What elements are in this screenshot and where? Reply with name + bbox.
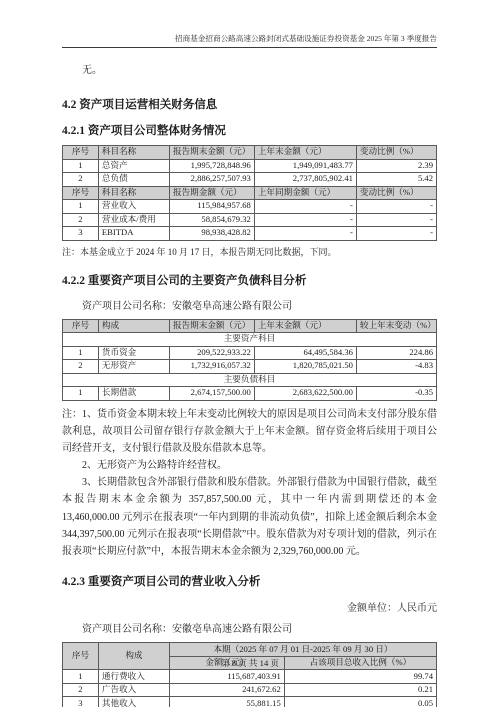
document-header-title: 招商基金招商公路高速公路封闭式基础设施证券投资基金 2025 年第 3 季度报告 xyxy=(62,33,437,48)
section-4-2-2-notes: 注：1、货币资金本期末较上年末变动比例较大的原因是项目公司尚未支付部分股东借款利… xyxy=(62,406,437,561)
table-cell: 无形资产 xyxy=(98,360,169,374)
table-row: 3 其他收入 55,881.15 0.05 xyxy=(63,697,437,707)
table-header-row: 序号 科目名称 报告期末金额（元） 上年末金额（元） 变动比例（%） xyxy=(63,146,437,160)
table-cell: 1 xyxy=(63,670,99,684)
table-cell: 通行费收入 xyxy=(98,670,169,684)
table-cell: 2 xyxy=(63,360,99,374)
table-header-row: 序号 构成 本期（2025 年 07 月 01 日-2025 年 09 月 30… xyxy=(63,643,437,657)
column-header: 科目名称 xyxy=(98,146,169,160)
section-label-cell: 主要负债科目 xyxy=(63,373,437,387)
table-section-row: 主要资产科目 xyxy=(63,333,437,347)
table-row: 1 营业收入 115,984,957.68 - - xyxy=(63,200,437,214)
table-cell: 总负债 xyxy=(98,173,169,187)
table-cell: - xyxy=(254,227,356,241)
column-header: 上年同期金额（元） xyxy=(254,186,356,200)
table-cell: 98,938,428.82 xyxy=(169,227,254,241)
company-name-line: 资产项目公司名称：安徽亳阜高速公路有限公司 xyxy=(62,620,437,635)
table-cell: 货币资金 xyxy=(98,346,169,360)
section-4-2-3-title: 4.2.3 重要资产项目公司的营业收入分析 xyxy=(62,573,437,589)
table-row: 1 货币资金 209,522,933.22 64,495,584.36 224.… xyxy=(63,346,437,360)
table-cell: 99.74 xyxy=(284,670,436,684)
table-cell: 2 xyxy=(63,683,99,697)
column-header: 变动比例（%） xyxy=(356,186,436,200)
column-header: 科目名称 xyxy=(98,186,169,200)
table-row: 1 总资产 1,995,728,848.96 1,949,091,483.77 … xyxy=(63,159,437,173)
table-cell: 2 xyxy=(63,213,99,227)
table-cell: 0.21 xyxy=(284,683,436,697)
table-footnote: 注：本基金成立于 2024 年 10 月 17 日，本报告期无同比数据，下同。 xyxy=(62,245,437,258)
table-cell: - xyxy=(356,213,436,227)
table-cell: -0.35 xyxy=(356,387,436,401)
table-cell: EBITDA xyxy=(98,227,169,241)
table-row: 2 广告收入 241,672.62 0.21 xyxy=(63,683,437,697)
table-cell: 其他收入 xyxy=(98,697,169,707)
column-header: 序号 xyxy=(63,146,99,160)
table-row: 2 营业成本/费用 58,854,679.32 - - xyxy=(63,213,437,227)
note-paragraph: 3、长期借款包含外部银行借款和股东借款。外部银行借款为中国银行借款，截至本报告期… xyxy=(62,474,437,560)
page-number-footer: 第 8 页 共 14 页 xyxy=(0,657,500,669)
section-4-2-2-title: 4.2.2 重要资产项目公司的主要资产负债科目分析 xyxy=(62,272,437,288)
table-cell: 长期借款 xyxy=(98,387,169,401)
table-cell: 2,683,622,500.00 xyxy=(254,387,356,401)
table-cell: -4.83 xyxy=(356,360,436,374)
column-header: 上年末金额（元） xyxy=(254,146,356,160)
column-header: 报告期末金额（元） xyxy=(169,146,254,160)
table-header-row: 序号 科目名称 报告期金额（元） 上年同期金额（元） 变动比例（%） xyxy=(63,186,437,200)
table-cell: 209,522,933.22 xyxy=(169,346,254,360)
table-cell: 2.39 xyxy=(356,159,436,173)
table-row: 2 无形资产 1,732,916,057.32 1,820,785,021.50… xyxy=(63,360,437,374)
table-section-row: 主要负债科目 xyxy=(63,373,437,387)
table-cell: 64,495,584.36 xyxy=(254,346,356,360)
section-label-cell: 主要资产科目 xyxy=(63,333,437,347)
table-cell: 115,984,957.68 xyxy=(169,200,254,214)
table-cell: 1,949,091,483.77 xyxy=(254,159,356,173)
company-name-line: 资产项目公司名称：安徽亳阜高速公路有限公司 xyxy=(62,297,437,312)
table-header-row: 序号 构成 报告期末金额（元） 上年末金额（元） 较上年末变动（%） xyxy=(63,319,437,333)
balance-sheet-items-table: 序号 构成 报告期末金额（元） 上年末金额（元） 较上年末变动（%） 主要资产科… xyxy=(62,319,437,401)
column-header: 较上年末变动（%） xyxy=(356,319,436,333)
currency-unit-line: 金额单位：人民币元 xyxy=(62,599,437,614)
table-cell: 2 xyxy=(63,173,99,187)
none-paragraph: 无。 xyxy=(62,61,437,76)
table-row: 3 EBITDA 98,938,428.82 - - xyxy=(63,227,437,241)
table-cell: 58,854,679.32 xyxy=(169,213,254,227)
table-cell: 1,820,785,021.50 xyxy=(254,360,356,374)
period-column-header: 本期（2025 年 07 月 01 日-2025 年 09 月 30 日） xyxy=(169,643,436,657)
table-cell: 1 xyxy=(63,387,99,401)
table-cell: 0.05 xyxy=(284,697,436,707)
page-content: 招商基金招商公路高速公路封闭式基础设施证券投资基金 2025 年第 3 季度报告… xyxy=(0,0,500,707)
note-paragraph: 注：1、货币资金本期末较上年末变动比例较大的原因是项目公司尚未支付部分股东借款利… xyxy=(62,406,437,458)
table-cell: 2,674,157,500.00 xyxy=(169,387,254,401)
table-cell: 1,995,728,848.96 xyxy=(169,159,254,173)
table-cell: 总资产 xyxy=(98,159,169,173)
table-cell: 1,732,916,057.32 xyxy=(169,360,254,374)
section-4-2-1-title: 4.2.1 资产项目公司整体财务情况 xyxy=(62,122,437,138)
table-row: 2 总负债 2,886,257,507.93 2,737,805,902.41 … xyxy=(63,173,437,187)
table-cell: 3 xyxy=(63,227,99,241)
column-header: 报告期末金额（元） xyxy=(169,319,254,333)
revenue-analysis-table: 序号 构成 本期（2025 年 07 月 01 日-2025 年 09 月 30… xyxy=(62,642,437,707)
table-cell: 241,672.62 xyxy=(169,683,284,697)
column-header: 变动比例（%） xyxy=(356,146,436,160)
column-header: 序号 xyxy=(63,186,99,200)
column-header: 序号 xyxy=(63,319,99,333)
table-row: 1 长期借款 2,674,157,500.00 2,683,622,500.00… xyxy=(63,387,437,401)
table-row: 1 通行费收入 115,687,403.91 99.74 xyxy=(63,670,437,684)
table-cell: 55,881.15 xyxy=(169,697,284,707)
table-cell: 1 xyxy=(63,346,99,360)
table-cell: - xyxy=(254,213,356,227)
table-cell: - xyxy=(356,200,436,214)
table-cell: 1 xyxy=(63,159,99,173)
table-cell: - xyxy=(254,200,356,214)
column-header: 上年末金额（元） xyxy=(254,319,356,333)
overall-financials-table: 序号 科目名称 报告期末金额（元） 上年末金额（元） 变动比例（%） 1 总资产… xyxy=(62,145,437,241)
report-page: 招商基金招商公路高速公路封闭式基础设施证券投资基金 2025 年第 3 季度报告… xyxy=(0,0,500,707)
table-cell: 115,687,403.91 xyxy=(169,670,284,684)
table-cell: 广告收入 xyxy=(98,683,169,697)
table-cell: 224.86 xyxy=(356,346,436,360)
table-cell: 5.42 xyxy=(356,173,436,187)
table-cell: 2,886,257,507.93 xyxy=(169,173,254,187)
table-cell: 1 xyxy=(63,200,99,214)
column-header: 报告期金额（元） xyxy=(169,186,254,200)
table-cell: 2,737,805,902.41 xyxy=(254,173,356,187)
note-paragraph: 2、无形资产为公路特许经营权。 xyxy=(62,457,437,474)
table-cell: 营业收入 xyxy=(98,200,169,214)
table-cell: 营业成本/费用 xyxy=(98,213,169,227)
section-4-2-title: 4.2 资产项目运营相关财务信息 xyxy=(62,96,437,112)
table-cell: 3 xyxy=(63,697,99,707)
table-cell: - xyxy=(356,227,436,241)
column-header: 构成 xyxy=(98,319,169,333)
